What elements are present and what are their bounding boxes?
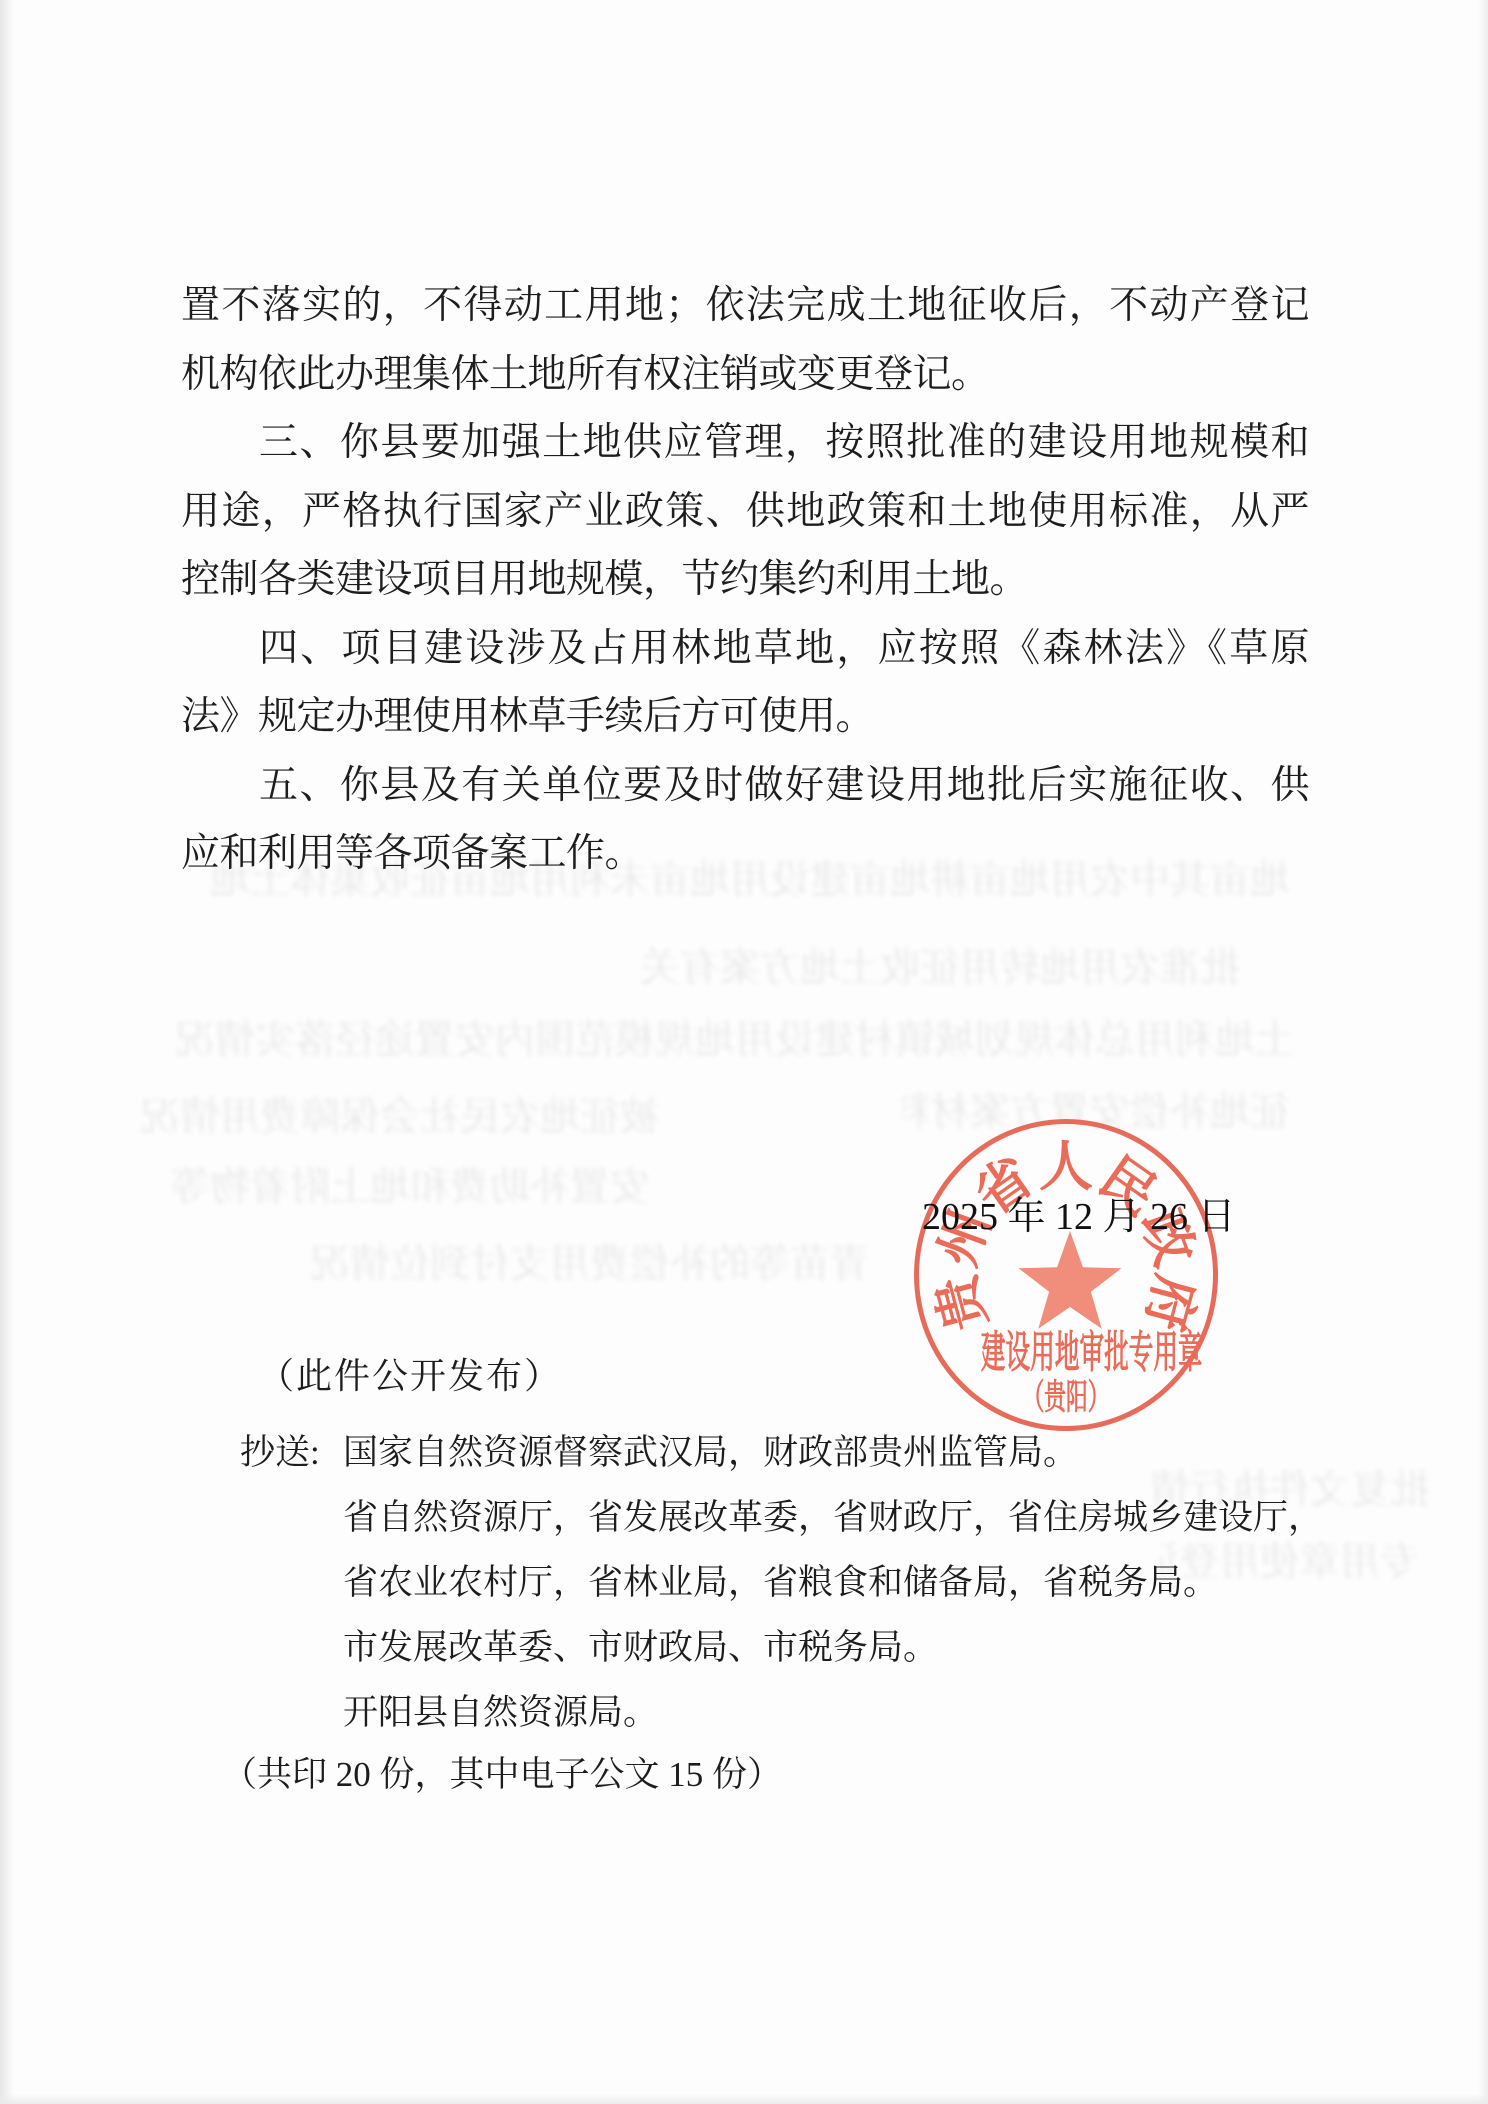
bleed-through-row: 批准农用地转用征收土地方案有关事项 bbox=[640, 946, 1240, 990]
official-seal: 贵州省人民政府 建设用地审批专用章 （贵阳） bbox=[914, 1119, 1218, 1431]
seal-title: 建设用地审批专用章 bbox=[981, 1330, 1151, 1376]
body-line: 控制各类建设项目用地规模，节约集约利用土地。 bbox=[181, 546, 1309, 615]
cc-line: 市发展改革委、市财政局、市税务局。 bbox=[343, 1615, 1343, 1680]
body-paragraphs: 置不落实的，不得动工用地；依法完成土地征收后，不动产登记机构依此办理集体土地所有… bbox=[181, 272, 1309, 889]
scan-edge-bottom bbox=[0, 2094, 1488, 2104]
print-count-note: （共印 20 份，其中电子公文 15 份） bbox=[222, 1742, 782, 1807]
star-icon bbox=[1015, 1230, 1125, 1330]
body-line: 应和利用等各项备案工作。 bbox=[181, 820, 1309, 889]
seal-subtitle: （贵阳） bbox=[972, 1378, 1160, 1418]
body-line: 用途，严格执行国家产业政策、供地政策和土地使用标准，从严 bbox=[181, 478, 1309, 547]
body-line: 法》规定办理使用林草手续后方可使用。 bbox=[181, 683, 1309, 752]
cc-line: 省自然资源厅，省发展改革委，省财政厅，省住房城乡建设厅， bbox=[343, 1485, 1343, 1550]
bleed-through-row: 青苗等的补偿费用支付到位情况 bbox=[230, 1242, 870, 1286]
body-line: 置不落实的，不得动工用地；依法完成土地征收后，不动产登记 bbox=[181, 272, 1309, 341]
cc-label: 抄送: bbox=[240, 1420, 320, 1485]
bleed-through-row: 安置补助费和地上附着物等 bbox=[130, 1165, 650, 1209]
cc-list: 国家自然资源督察武汉局，财政部贵州监管局。省自然资源厅，省发展改革委，省财政厅，… bbox=[343, 1420, 1343, 1745]
body-line: 五、你县及有关单位要及时做好建设用地批后实施征收、供 bbox=[181, 752, 1309, 821]
body-line: 三、你县要加强土地供应管理，按照批准的建设用地规模和 bbox=[181, 409, 1309, 478]
seal-arc-char: 人 bbox=[1038, 1139, 1094, 1195]
issue-date: 2025 年 12 月 26 日 bbox=[922, 1195, 1236, 1239]
bleed-through-row: 土地利用总体规划城镇村建设用地规模范围内安置途径落实情况 bbox=[145, 1018, 1295, 1062]
body-line: 四、项目建设涉及占用林地草地，应按照《森林法》《草原 bbox=[181, 615, 1309, 684]
body-line: 机构依此办理集体土地所有权注销或变更登记。 bbox=[181, 341, 1309, 410]
bleed-through-row: 被征地农民社会保障费用情况 bbox=[140, 1095, 660, 1139]
cc-line: 国家自然资源督察武汉局，财政部贵州监管局。 bbox=[343, 1420, 1343, 1485]
document-page: 地亩其中农用地亩耕地亩建设用地亩未利用地亩征收集体土地批准农用地转用征收土地方案… bbox=[0, 0, 1488, 2104]
scan-edge-right bbox=[1478, 0, 1488, 2104]
public-release-note: （此件公开发布） bbox=[258, 1351, 562, 1401]
seal-arc-char: 府 bbox=[1136, 1269, 1205, 1338]
scan-edge-left bbox=[0, 0, 14, 2104]
cc-line: 省农业农村厅，省林业局，省粮食和储备局，省税务局。 bbox=[343, 1550, 1343, 1615]
cc-line: 开阳县自然资源局。 bbox=[343, 1680, 1343, 1745]
seal-arc-char: 贵 bbox=[927, 1269, 996, 1338]
